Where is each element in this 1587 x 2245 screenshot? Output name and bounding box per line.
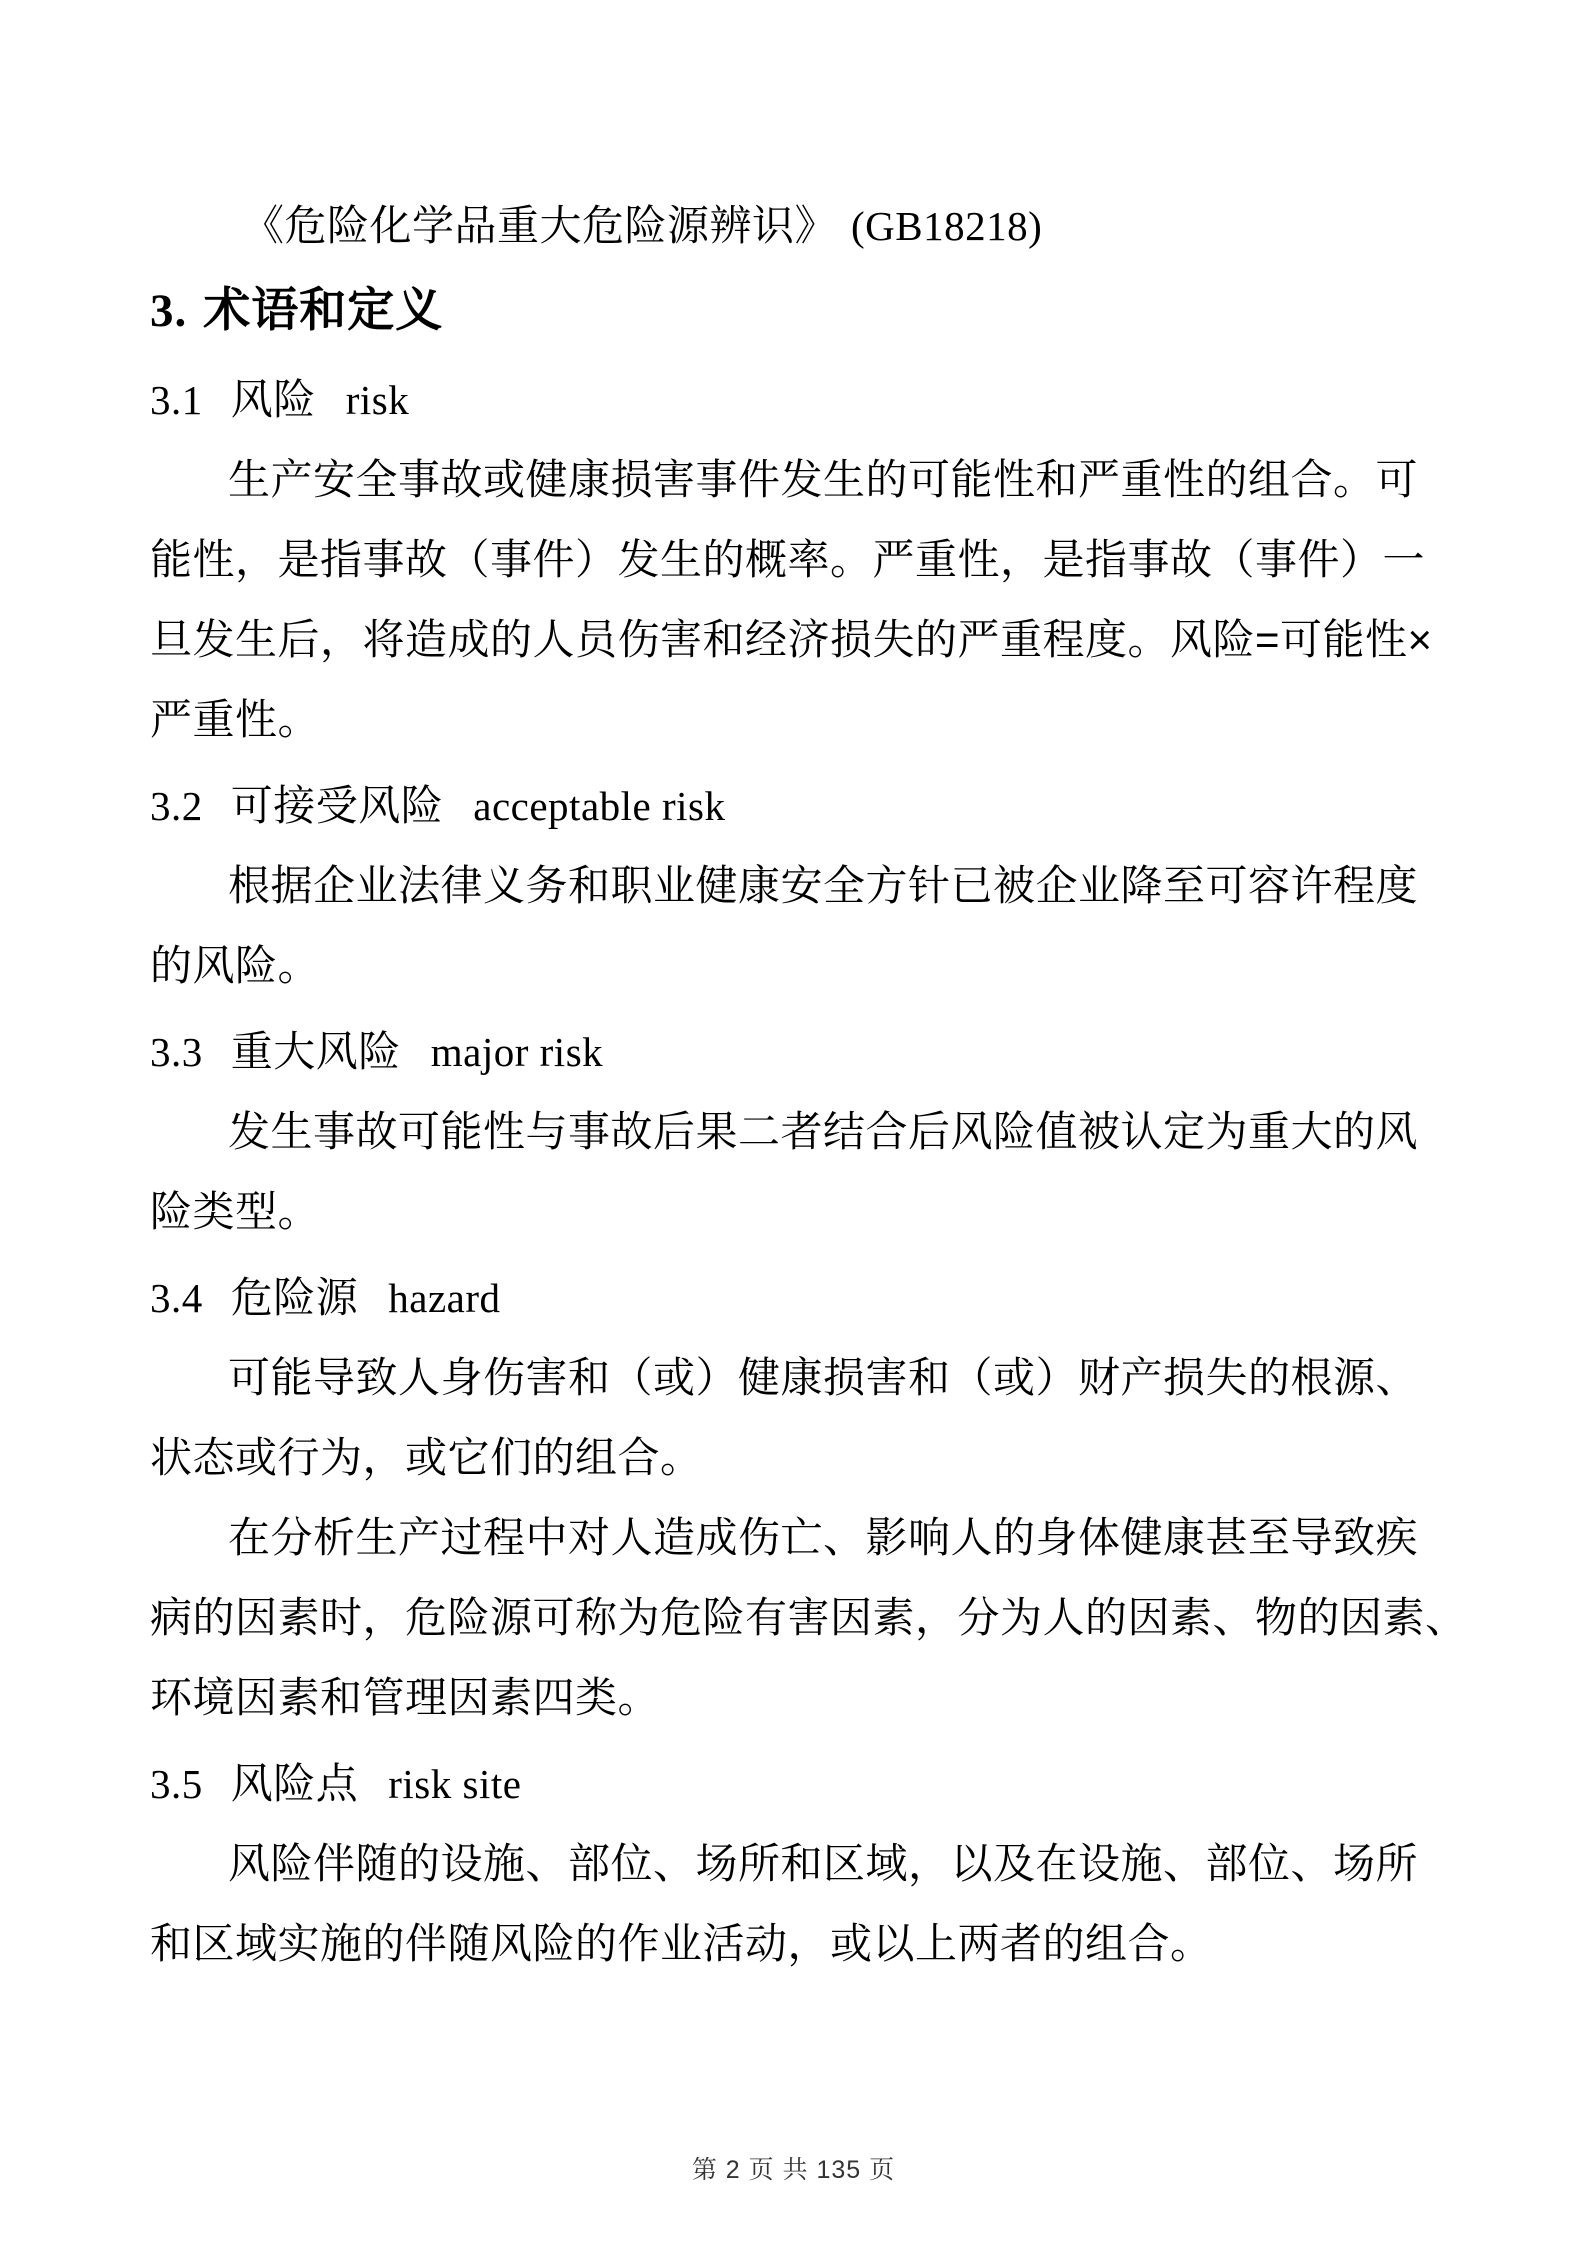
paragraph-line: 能性，是指事故（事件）发生的概率。严重性，是指事故（事件）一 bbox=[150, 520, 1437, 600]
section-3-4-title: 3.4危险源hazard bbox=[150, 1258, 1437, 1338]
section-3-5-title: 3.5风险点risk site bbox=[150, 1744, 1437, 1824]
paragraph-line: 可能导致人身伤害和（或）健康损害和（或）财产损失的根源、 bbox=[150, 1338, 1437, 1418]
page-footer: 第 2 页 共 135 页 bbox=[0, 2152, 1587, 2188]
paragraph-line: 和区域实施的伴随风险的作业活动，或以上两者的组合。 bbox=[150, 1904, 1437, 1984]
section-term-cn: 危险源 bbox=[231, 1274, 359, 1321]
section-number: 3.1 bbox=[150, 377, 203, 423]
section-3-2-title: 3.2可接受风险acceptable risk bbox=[150, 766, 1437, 846]
paragraph-line: 的风险。 bbox=[150, 926, 1437, 1006]
section-term-en: acceptable risk bbox=[473, 783, 725, 829]
section-term-cn: 风险 bbox=[231, 376, 316, 423]
section-term-cn: 风险点 bbox=[231, 1760, 359, 1807]
paragraph-line: 旦发生后，将造成的人员伤害和经济损失的严重程度。风险=可能性× bbox=[150, 600, 1437, 680]
section-term-en: risk bbox=[346, 377, 410, 423]
reference-standard-code: (GB18218) bbox=[851, 203, 1042, 249]
section-number: 3.2 bbox=[150, 783, 203, 829]
section-term-cn: 可接受风险 bbox=[231, 782, 444, 829]
paragraph-line: 环境因素和管理因素四类。 bbox=[150, 1658, 1437, 1738]
paragraph-line: 根据企业法律义务和职业健康安全方针已被企业降至可容许程度 bbox=[150, 846, 1437, 926]
paragraph-line: 严重性。 bbox=[150, 680, 1437, 760]
section-number: 3.5 bbox=[150, 1761, 203, 1807]
paragraph-line: 生产安全事故或健康损害事件发生的可能性和严重性的组合。可 bbox=[150, 440, 1437, 520]
section-term-en: risk site bbox=[388, 1761, 521, 1807]
section-3-1-title: 3.1风险risk bbox=[150, 360, 1437, 440]
section-number: 3.4 bbox=[150, 1275, 203, 1321]
paragraph-line: 险类型。 bbox=[150, 1172, 1437, 1252]
section-term-en: major risk bbox=[431, 1029, 603, 1075]
paragraph-line: 状态或行为，或它们的组合。 bbox=[150, 1418, 1437, 1498]
chapter-title: 术语和定义 bbox=[203, 283, 443, 336]
section-3-3-title: 3.3重大风险major risk bbox=[150, 1012, 1437, 1092]
paragraph-line: 风险伴随的设施、部位、场所和区域，以及在设施、部位、场所 bbox=[150, 1824, 1437, 1904]
section-term-en: hazard bbox=[388, 1275, 500, 1321]
reference-line: 《危险化学品重大危险源辨识》(GB18218) bbox=[150, 186, 1437, 266]
document-page: { "reference": { "title_cn": "《危险化学品重大危险… bbox=[0, 0, 1587, 2245]
section-term-cn: 重大风险 bbox=[231, 1028, 401, 1075]
chapter-heading: 3.术语和定义 bbox=[150, 266, 1437, 354]
paragraph-line: 在分析生产过程中对人造成伤亡、影响人的身体健康甚至导致疾 bbox=[150, 1498, 1437, 1578]
chapter-number: 3. bbox=[150, 285, 187, 337]
paragraph-line: 发生事故可能性与事故后果二者结合后风险值被认定为重大的风 bbox=[150, 1092, 1437, 1172]
paragraph-line: 病的因素时，危险源可称为危险有害因素，分为人的因素、物的因素、 bbox=[150, 1578, 1437, 1658]
reference-title-cn: 《危险化学品重大危险源辨识》 bbox=[242, 202, 837, 249]
section-number: 3.3 bbox=[150, 1029, 203, 1075]
page-body: 《危险化学品重大危险源辨识》(GB18218) 3.术语和定义 3.1风险ris… bbox=[0, 0, 1587, 2245]
